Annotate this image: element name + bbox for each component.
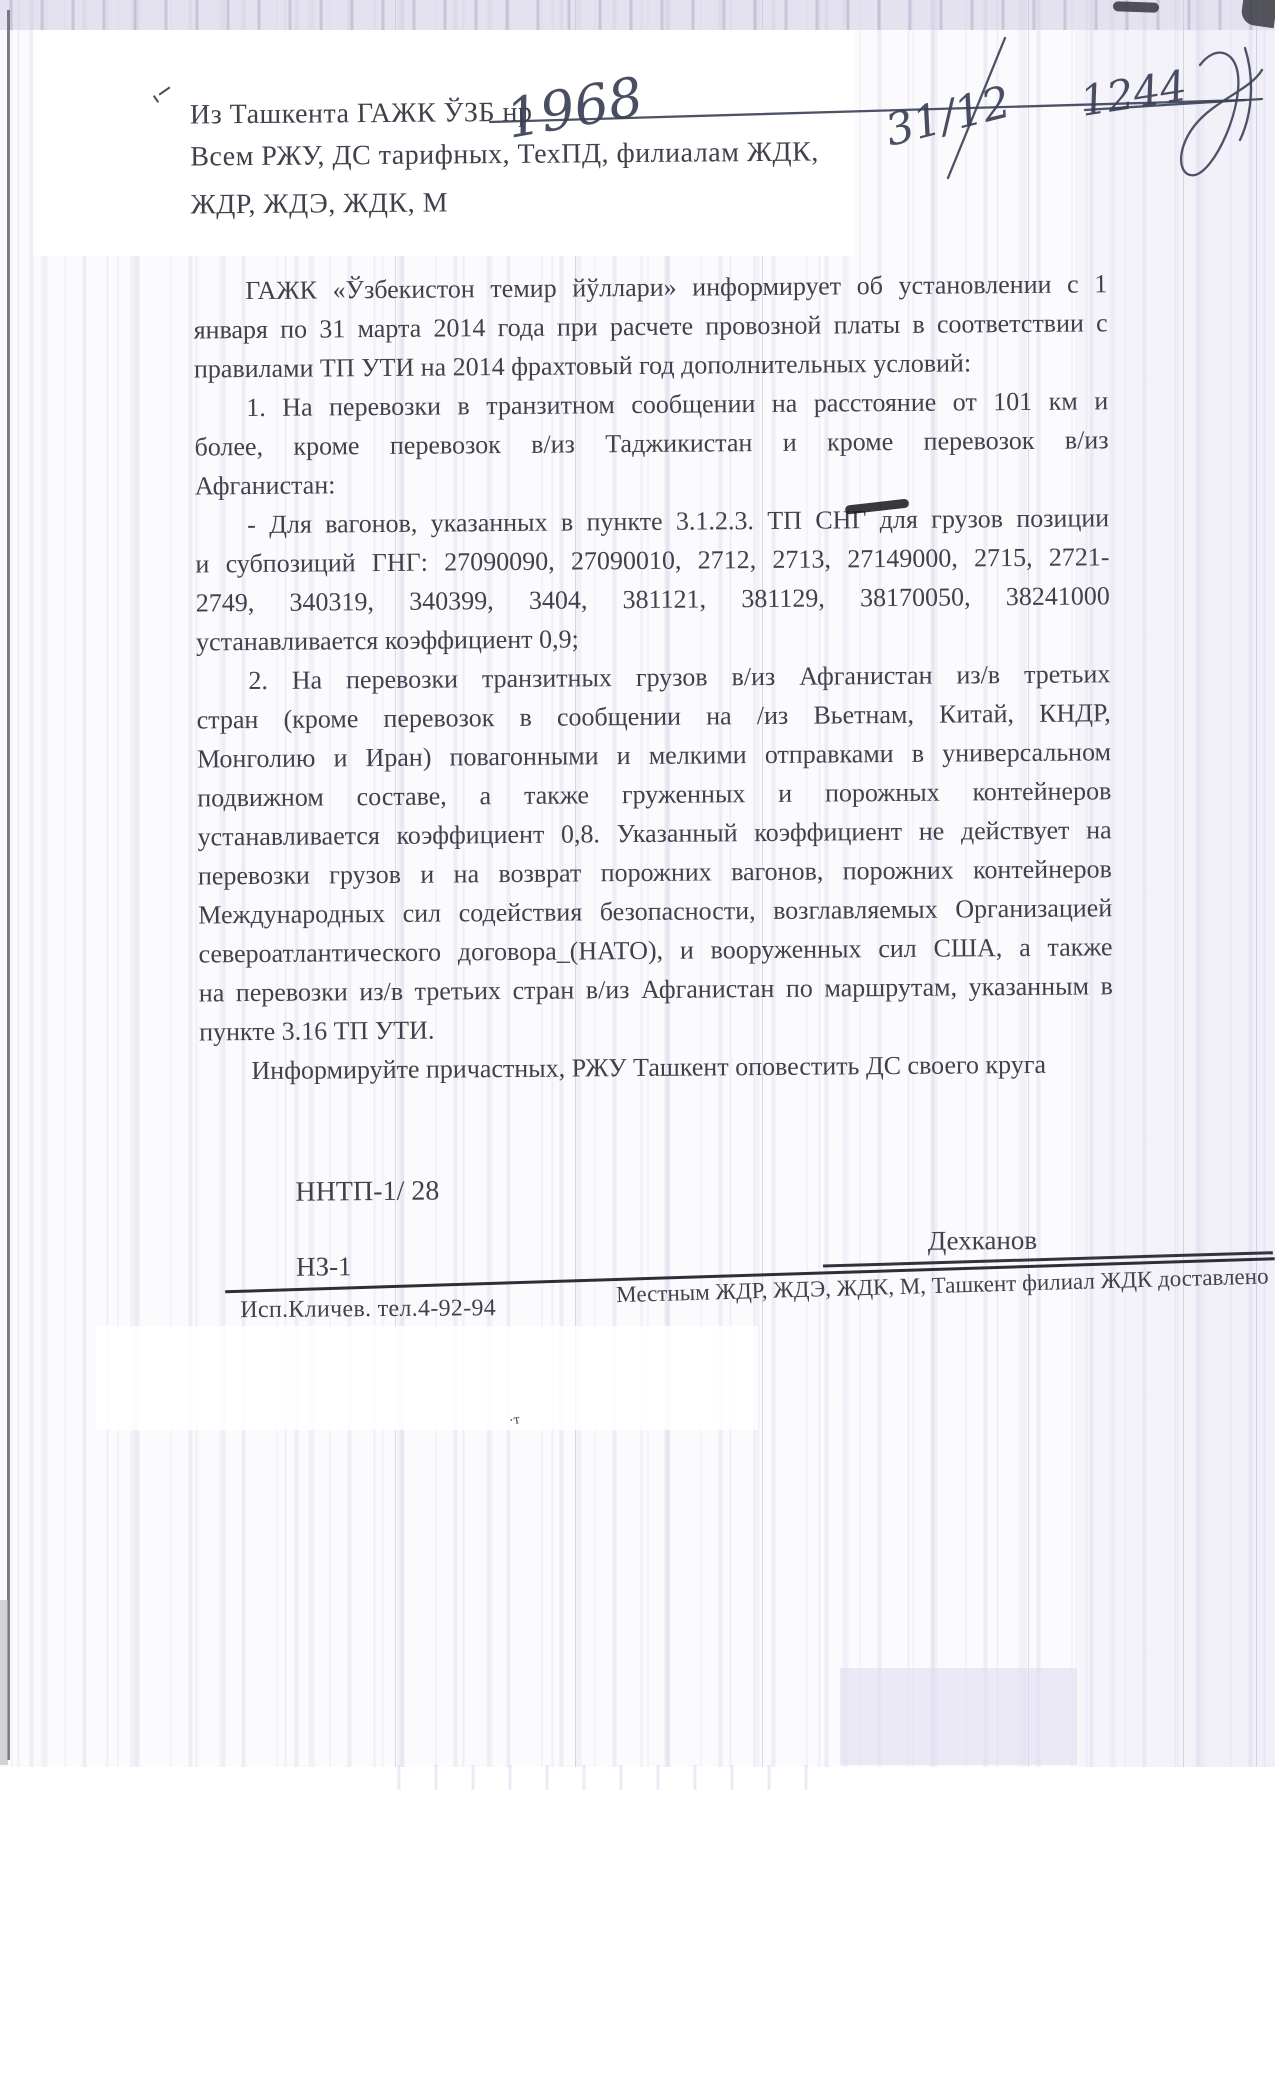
body-line: на перевозки из/в третьих стран в/из Афг… (199, 966, 1113, 1012)
handwritten-time: 1244 (1077, 61, 1190, 126)
scanned-telegram-page: Из Ташкента ГАЖК ЎЗБ нр Всем РЖУ, ДС тар… (0, 0, 1275, 2100)
body-line: более, кроме перевозок в/из Таджикистан … (194, 420, 1108, 466)
body-text: ГАЖК «Ўзбекистон темир йўллари» информир… (193, 264, 1113, 1090)
handwritten-date: 31/12 (880, 77, 1015, 157)
scan-streak-extension (383, 1765, 833, 1790)
scan-area: Из Ташкента ГАЖК ЎЗБ нр Всем РЖУ, ДС тар… (0, 0, 1275, 1767)
stray-mark: ·т (508, 1412, 522, 1430)
signer-position: НЗ-1 (296, 1251, 352, 1282)
document-content: Из Ташкента ГАЖК ЎЗБ нр Всем РЖУ, ДС тар… (0, 0, 1275, 1772)
body-line: Информируйте причастных, РЖУ Ташкент опо… (199, 1044, 1113, 1090)
signer-name: Дехканов (928, 1225, 1038, 1257)
handwritten-number: 1968 (501, 65, 647, 151)
signature-tail (1240, 48, 1251, 140)
handwriting-overlay: 1968 31/12 1244 (400, 20, 1275, 220)
body-line: 2749, 340319, 340399, 3404, 381121, 3811… (196, 576, 1110, 622)
executor-contact: Исп.Кличев. тел.4-92-94 (240, 1295, 496, 1324)
reference-number: ННТП-1/ 28 (295, 1176, 439, 1209)
